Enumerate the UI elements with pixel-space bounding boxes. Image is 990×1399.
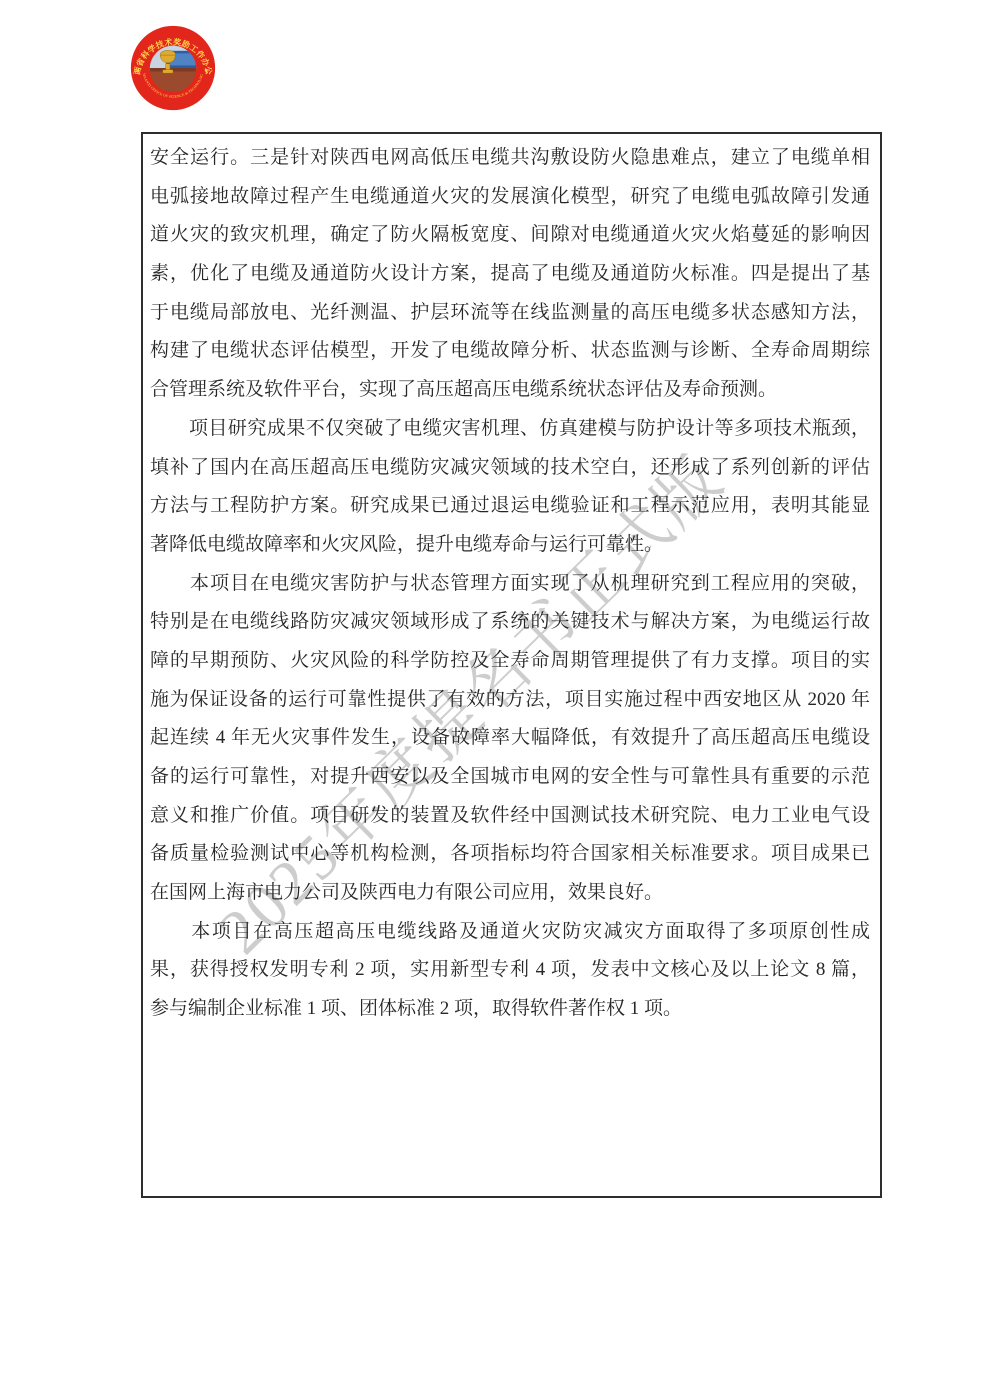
star-icon-right: ★ (204, 68, 209, 74)
text-line: 备质量检验测试中心等机构检测，各项指标均符合国家相关标准要求。项目成果已 (150, 835, 870, 874)
text-line: 备的运行可靠性，对提升西安以及全国城市电网的安全性与可靠性具有重要的示范 (150, 758, 870, 797)
text-line: 填补了国内在高压超高压电缆防灾减灾领域的技术空白，还形成了系列创新的评估 (150, 449, 870, 488)
text-line: 电弧接地故障过程产生电缆通道火灾的发展演化模型，研究了电缆电弧故障引发通 (150, 178, 870, 217)
document-body: 安全运行。三是针对陕西电网高低压电缆共沟敷设防火隐患难点，建立了电缆单相电弧接地… (150, 139, 870, 1029)
text-line: 构建了电缆状态评估模型，开发了电缆故障分析、状态监测与诊断、全寿命周期综 (150, 332, 870, 371)
text-line: 在国网上海市电力公司及陕西电力有限公司应用，效果良好。 (150, 874, 870, 913)
seal-logo: 陕西省科学技术奖励工作办公室 SHAANXI OFFICE OF SCIENCE… (130, 25, 216, 111)
document-page: 陕西省科学技术奖励工作办公室 SHAANXI OFFICE OF SCIENCE… (0, 0, 990, 1399)
text-line: 合管理系统及软件平台，实现了高压超高压电缆系统状态评估及寿命预测。 (150, 371, 870, 410)
text-line: 于电缆局部放电、光纤测温、护层环流等在线监测量的高压电缆多状态感知方法， (150, 294, 870, 333)
text-line: 起连续 4 年无火灾事件发生，设备故障率大幅降低，有效提升了高压超高压电缆设 (150, 719, 870, 758)
text-line: 参与编制企业标准 1 项、团体标准 2 项，取得软件著作权 1 项。 (150, 990, 870, 1029)
text-line: 特别是在电缆线路防灾减灾领域形成了系统的关键技术与解决方案，为电缆运行故 (150, 603, 870, 642)
text-line: 道火灾的致灾机理，确定了防火隔板宽度、间隙对电缆通道火灾火焰蔓延的影响因 (150, 216, 870, 255)
text-line: 施为保证设备的运行可靠性提供了有效的方法，项目实施过程中西安地区从 2020 年 (150, 681, 870, 720)
text-line: 素，优化了电缆及通道防火设计方案，提高了电缆及通道防火标准。四是提出了基 (150, 255, 870, 294)
text-line: 本项目在高压超高压电缆线路及通道火灾防灾减灾方面取得了多项原创性成 (150, 913, 870, 952)
text-line: 果，获得授权发明专利 2 项，实用新型专利 4 项，发表中文核心及以上论文 8 … (150, 951, 870, 990)
text-line: 著降低电缆故障率和火灾风险，提升电缆寿命与运行可靠性。 (150, 526, 870, 565)
text-line: 意义和推广价值。项目研发的装置及软件经中国测试技术研究院、电力工业电气设 (150, 797, 870, 836)
text-line: 项目研究成果不仅突破了电缆灾害机理、仿真建模与防护设计等多项技术瓶颈， (150, 410, 870, 449)
star-icon-left: ★ (136, 68, 141, 74)
text-line: 方法与工程防护方案。研究成果已通过退运电缆验证和工程示范应用，表明其能显 (150, 487, 870, 526)
text-line: 障的早期预防、火灾风险的科学防控及全寿命周期管理提供了有力支撑。项目的实 (150, 642, 870, 681)
text-line: 安全运行。三是针对陕西电网高低压电缆共沟敷设防火隐患难点，建立了电缆单相 (150, 139, 870, 178)
text-line: 本项目在电缆灾害防护与状态管理方面实现了从机理研究到工程应用的突破， (150, 565, 870, 604)
